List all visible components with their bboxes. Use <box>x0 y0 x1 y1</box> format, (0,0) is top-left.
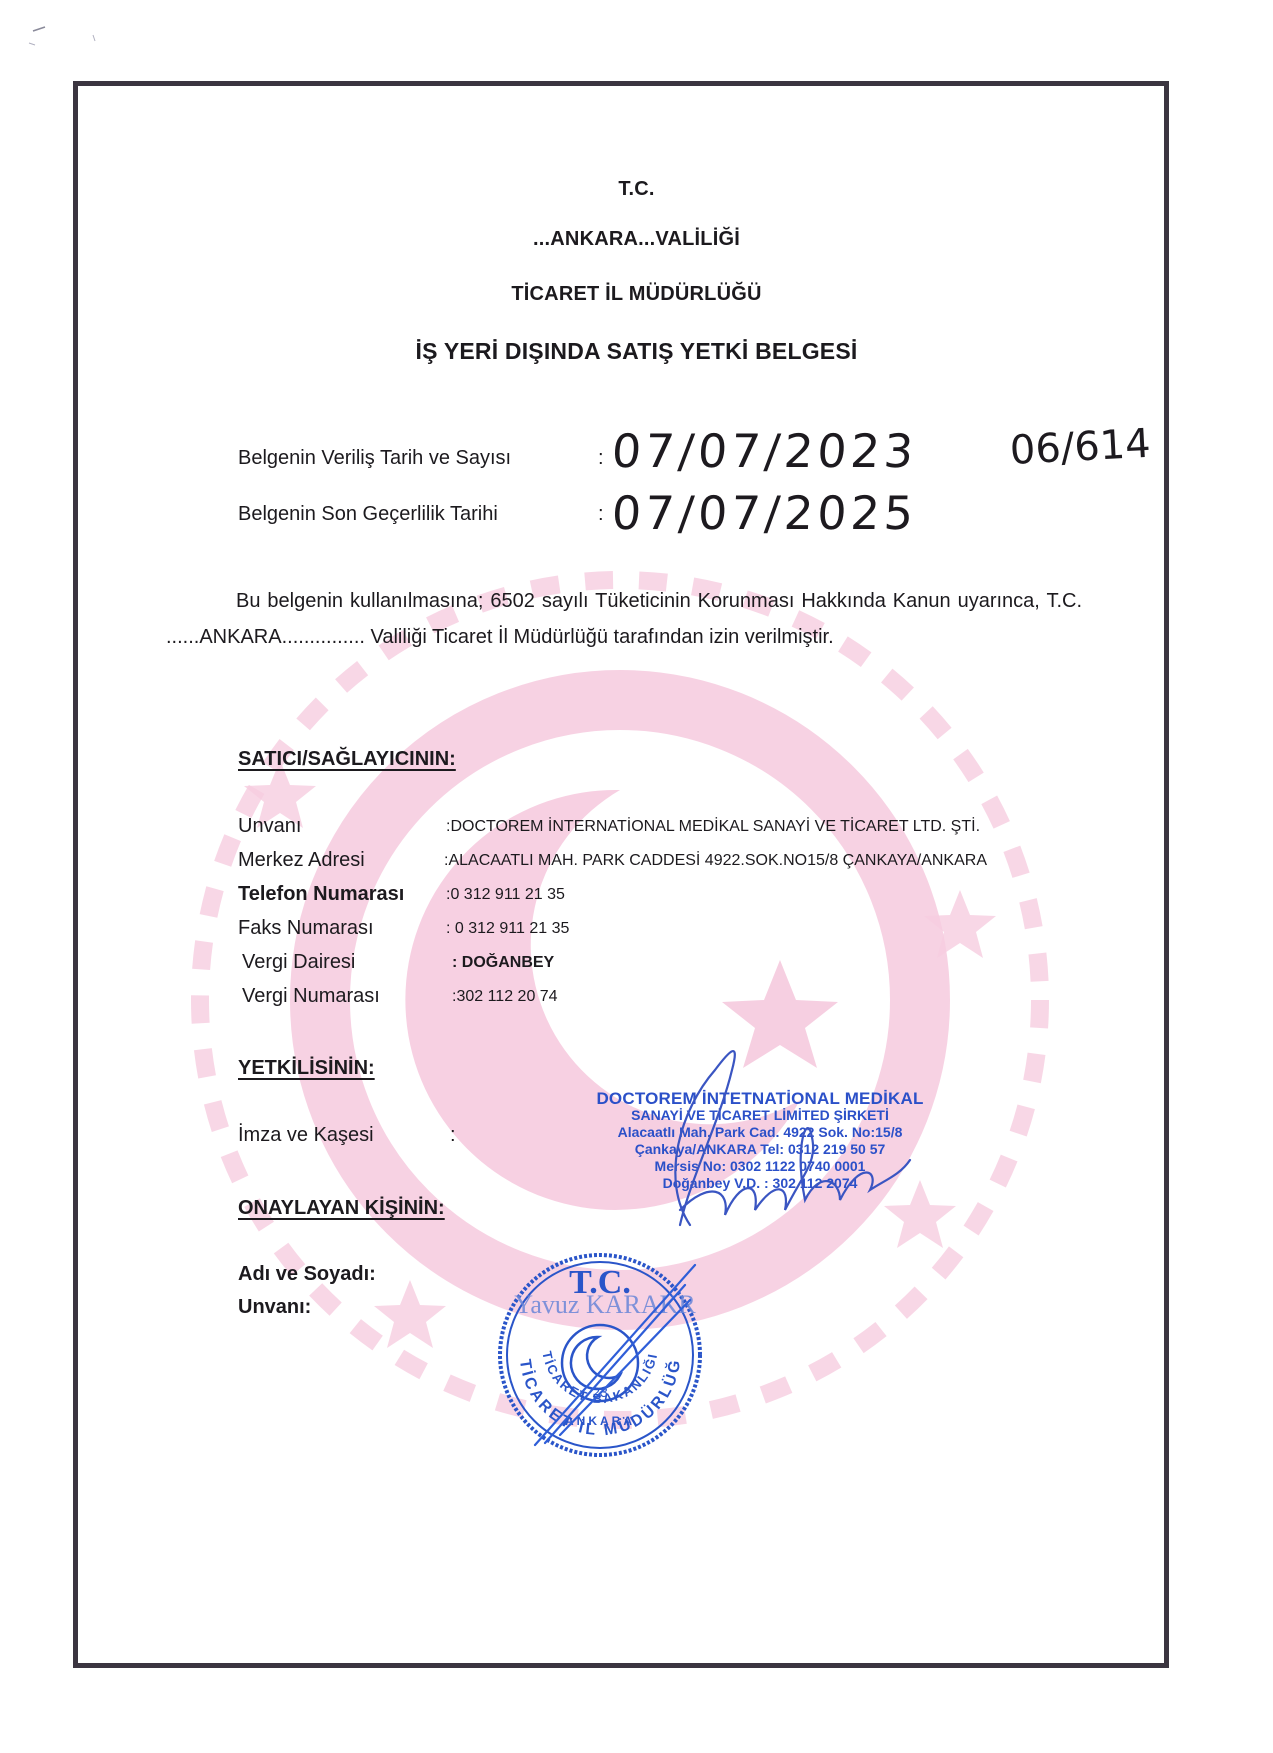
seller-field-tax-office: Vergi Dairesi : DOĞANBEY <box>242 951 355 974</box>
issue-date-handwritten: 07/07/2023 <box>610 424 919 478</box>
field-value: :302 112 20 74 <box>452 988 558 1006</box>
field-value: :ALACAATLI MAH. PARK CADDESİ 4922.SOK.NO… <box>444 852 987 870</box>
signature-label: İmza ve Kaşesi <box>238 1124 374 1146</box>
seller-field-title: Unvanı :DOCTOREM İNTERNATİONAL MEDİKAL S… <box>238 815 301 838</box>
field-label: Faks Numarası <box>238 917 374 940</box>
issue-date-label: Belgenin Veriliş Tarih ve Sayısı <box>238 447 598 470</box>
approver-title-label: Unvanı: <box>238 1296 311 1319</box>
approver-section-title: ONAYLAYAN KİŞİNİN: <box>238 1197 445 1220</box>
paragraph-text: Bu belgenin kullanılmasına; 6502 sayılı … <box>166 590 1082 648</box>
signature-row: İmza ve Kaşesi : <box>238 1124 374 1147</box>
header-governorship: ...ANKARA...VALİLİĞİ <box>0 228 1273 251</box>
seal-city-text: ANKARA <box>565 1414 635 1428</box>
field-label: Vergi Numarası <box>242 985 380 1008</box>
document-title: İŞ YERİ DIŞINDA SATIŞ YETKİ BELGESİ <box>0 338 1273 365</box>
issue-date-row: Belgenin Veriliş Tarih ve Sayısı: <box>238 447 604 470</box>
approver-name-label: Adı ve Soyadı: <box>238 1263 376 1286</box>
official-seal-icon: T.C. Yavuz KARAKR TİCARET İL MÜDÜRLÜĞÜ T… <box>480 1245 720 1465</box>
header-directorate: TİCARET İL MÜDÜRLÜĞÜ <box>0 283 1273 306</box>
field-label: Unvanı <box>238 815 301 838</box>
seller-field-address: Merkez Adresi :ALACAATLI MAH. PARK CADDE… <box>238 849 365 872</box>
issue-number-handwritten: 06/614 <box>1009 421 1152 474</box>
expiry-date-row: Belgenin Son Geçerlilik Tarihi: <box>238 503 604 526</box>
expiry-date-label: Belgenin Son Geçerlilik Tarihi <box>238 503 598 526</box>
authorized-section-title: YETKİLİSİNİN: <box>238 1057 375 1080</box>
authorization-paragraph: Bu belgenin kullanılmasına; 6502 sayılı … <box>166 583 1082 655</box>
seller-field-tax-number: Vergi Numarası :302 112 20 74 <box>242 985 380 1008</box>
handwritten-signature-icon <box>540 1030 1000 1240</box>
expiry-date-colon: : <box>598 503 604 526</box>
field-value: : DOĞANBEY <box>452 954 554 972</box>
field-label: Vergi Dairesi <box>242 951 355 974</box>
seller-field-fax: Faks Numarası : 0 312 911 21 35 <box>238 917 374 940</box>
field-value: :DOCTOREM İNTERNATİONAL MEDİKAL SANAYİ V… <box>446 818 980 836</box>
issue-date-colon: : <box>598 447 604 470</box>
signature-colon: : <box>450 1124 456 1147</box>
field-label: Telefon Numarası <box>238 883 404 906</box>
header-tc: T.C. <box>0 178 1273 201</box>
field-value: :0 312 911 21 35 <box>446 886 565 904</box>
seller-field-phone: Telefon Numarası :0 312 911 21 35 <box>238 883 404 906</box>
field-label: Merkez Adresi <box>238 849 365 872</box>
seller-section-title: SATICI/SAĞLAYICININ: <box>238 748 456 771</box>
field-value: : 0 312 911 21 35 <box>446 920 569 938</box>
expiry-date-handwritten: 07/07/2025 <box>611 486 919 540</box>
